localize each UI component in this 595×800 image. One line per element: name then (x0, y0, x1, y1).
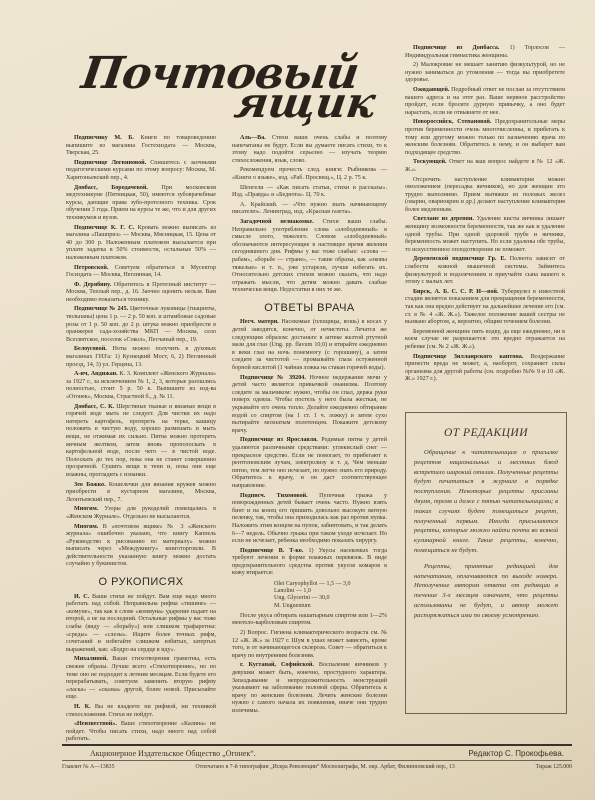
column-left: Подписчику М. Б. Книги по товароведению … (66, 135, 216, 746)
reply-addressee: Подписчице № 39204. (240, 375, 310, 381)
editorial-paragraph: Обращение к читательницам о присылке рец… (414, 448, 558, 556)
reply-addressee: г. Кустанай, Софийской. (240, 662, 319, 668)
reply-entry: Подписчице В. Т-ко. 1) Укусы насекомых т… (232, 548, 387, 578)
reply-addressee: И. С. (74, 594, 92, 600)
reply-entry: Бирск, А. Б. С. С. Р. И—вой. Туберкулез … (405, 289, 565, 327)
reply-text: Воспаление яичников у девушки может быть… (232, 662, 387, 714)
reply-entry: Белоусовой. Ноты можно получить в духовы… (66, 346, 216, 369)
reply-entry: Петровской. Советуем обратиться в Мусект… (66, 265, 216, 280)
reply-addressee: Донбасс, Бородачевой. (74, 185, 161, 191)
reply-addressee: Светлане из деревни. (413, 216, 477, 222)
reply-entry: Рекомендуем прочесть след. книги: Рыбник… (232, 167, 387, 182)
reply-entry: Подписчице Логвиновой. Спишитесь с заочн… (66, 160, 216, 183)
reply-entry: И. С. Ваши стихи не пойдут. Вам еще надо… (66, 594, 216, 655)
reply-addressee: Подписчице № 245. (74, 306, 130, 312)
reply-addressee: Несч. матери. (240, 319, 281, 325)
reply-text: Шерстяные тканые и вязаные вещи в горяче… (66, 404, 216, 478)
medical-replies-list: Подписчице из Донбасса. 1) Торлосов — Ин… (405, 45, 565, 384)
reply-addressee: Н. К. (74, 704, 95, 710)
reply-addressee: Подписчице Зиллаирского кантона. (413, 354, 531, 360)
reply-text: Ночное недержание мочи у детей часто явл… (232, 375, 387, 434)
letters-list: Подписчику М. Б. Книги по товароведению … (66, 135, 216, 569)
masthead-title: Почтовый ящик (70, 48, 410, 126)
reply-entry: Подписчице № 39204. Ночное недержание мо… (232, 375, 387, 436)
magazine-page: Почтовый ящик Подписчику М. Б. Книги по … (0, 0, 595, 800)
column-right: Подписчице из Донбасса. 1) Торлосов — Ин… (405, 45, 565, 386)
reply-entry: Донбасс, С. К. Шерстяные тканые и вязаны… (66, 404, 216, 480)
reply-text: Беременной женщине пить водку, да еще еж… (405, 329, 565, 350)
reply-addressee: Белоусовой. (74, 346, 113, 352)
reply-entry: Подписч. Тихоновой. Пупочная грыжа у нов… (232, 493, 387, 546)
reply-entry: 2) Вопрос. Гигиена климактерического воз… (232, 630, 387, 660)
reply-entry: Новороссийск, Степановой. Предохранитель… (405, 119, 565, 157)
formula-line: Ung. Glycerini — 30,0 (274, 595, 387, 602)
manuscripts-list: И. С. Ваши стихи не пойдут. Вам еще надо… (66, 594, 216, 744)
reply-addressee: Михалиной. (74, 656, 112, 662)
reply-addressee: Новороссийск, Степановой. (413, 119, 495, 125)
doctor-replies-list: Несч. матери. Насекомые (площицы, вошь) … (232, 319, 387, 578)
reply-text: После укуса обтирать нашатырным спиртом … (232, 613, 387, 627)
reply-addressee: Многим. (74, 524, 103, 530)
reply-entry: Многим. Узоры для рукоделий помещались в… (66, 506, 216, 521)
reply-entry: Донбасс, Бородачевой. При московском мед… (66, 185, 216, 223)
reply-text: 2) Вопрос. Гигиена климактерического воз… (232, 630, 387, 659)
reply-addressee: Подписчице из Ярославля. (240, 437, 321, 443)
reply-addressee: Подписчице К. Г. С. (74, 225, 138, 231)
reply-addressee: Подписчику М. Б. (74, 135, 140, 141)
doctor-replies-continued: После укуса обтирать нашатырным спиртом … (232, 613, 387, 716)
reply-entry: А-ич, Андижан. К. 3. Комплект «Женского … (66, 371, 216, 401)
formula-line: Olei Caryophylloi — 1,5 — 3,0 (274, 581, 387, 588)
reply-addressee: Подписч. Тихоновой. (240, 493, 319, 499)
reply-text: Ваши стихи не пойдут. Вам еще надо много… (66, 594, 216, 653)
circulation: Тираж 125.000 (536, 764, 572, 770)
reply-addressee: А-ич, Андижан. (74, 371, 120, 377)
reply-entry: Беременной женщине пить водку, да еще еж… (405, 329, 565, 352)
editorial-heading: ОТ РЕДАКЦИИ (406, 427, 566, 439)
reply-entry: г. Кустанай, Софийской. Воспаление яични… (232, 662, 387, 715)
reply-entry: Подписчице № 245. Цветочные луковицы (ги… (66, 306, 216, 344)
reply-text: 2) Малокровие не мешает занятию физкульт… (405, 62, 565, 83)
reply-entry: Н. К. Вы не владеете ни рифмой, ни техни… (66, 704, 216, 719)
reply-entry: А. Крайский. — «Что нужно знать начинающ… (232, 202, 387, 217)
reply-entry: Шенгели — «Как писать статьи, стихи и ра… (232, 185, 387, 200)
reply-text: Стихи ваши слабы. Неправильно употреблен… (232, 219, 387, 293)
reply-entry: Аль—Ва. Стихи ваши очень слабы и поэтому… (232, 135, 387, 165)
reply-addressee: Аль—Ва. (240, 135, 272, 141)
section-heading-doctor: ОТВЕТЫ ВРАЧА (232, 305, 387, 313)
reply-text: Ваши стихотворения грамотны, есть свежие… (66, 656, 216, 700)
reply-entry: Многим. В «почтовом ящике» № 3 «Женского… (66, 524, 216, 570)
publisher-name: Акционерное Издательское Общество „Огоне… (90, 749, 256, 758)
reply-addressee: Бирск, А. Б. С. С. Р. И—вой. (413, 289, 501, 295)
reply-addressee: Зео Божко. (74, 482, 109, 488)
printer-info: Отпечатано в 7-й типографии „Искра Револ… (195, 764, 454, 770)
reply-addressee: Подписчице Логвиновой. (74, 160, 150, 166)
formula-line: Lanolini — 1,0 (274, 588, 387, 595)
reply-entry: «Неизвестной». Ваше стихотворение «Калин… (66, 721, 216, 744)
reply-entry: Подписчице Зиллаирского кантона. Воздерж… (405, 354, 565, 384)
reply-addressee: Ф. Дерябину. (74, 282, 114, 288)
reply-addressee: Подписчице В. Т-ко. (240, 548, 308, 554)
reply-addressee: Донбасс, С. К. (74, 404, 116, 410)
reply-text: Пупочная грыжа у новорожденных детей быв… (232, 493, 387, 545)
reply-entry: Михалиной. Ваши стихотворения грамотны, … (66, 656, 216, 702)
reply-addressee: Подписчице из Донбасса. (413, 45, 510, 51)
editorial-paragraph: Рецепты, принятые редакцией для напечата… (414, 562, 558, 621)
prescription-formula: Olei Caryophylloi — 1,5 — 3,0Lanolini — … (274, 581, 387, 610)
reply-text: А. Крайский. — «Что нужно знать начинающ… (232, 202, 387, 216)
reply-addressee: «Неизвестной». (74, 721, 121, 727)
reply-entry: 2) Малокровие не мешает занятию физкульт… (405, 62, 565, 85)
glavlit-number: Главлит № А—13835 (62, 764, 114, 770)
reply-text: Насекомые (площицы, вошь) в косах у дете… (232, 319, 387, 371)
section-heading-manuscripts: О РУКОПИСЯХ (66, 579, 216, 587)
reply-addressee: Загадочной незнакомке. (240, 219, 323, 225)
reply-entry: Загадочной незнакомке. Стихи ваши слабы.… (232, 219, 387, 295)
masthead-line2: ящик (232, 78, 379, 127)
editor-name: Редактор С. Прокофьева. (468, 749, 564, 758)
reply-entry: Подписчице из Ярославля. Родимые пятна у… (232, 437, 387, 490)
reply-entry: Светлане из деревни. Удаление кисты яичн… (405, 216, 565, 254)
reply-addressee: Многим. (74, 506, 104, 512)
reply-addressee: Тоскующей. (413, 159, 449, 165)
formula-line: M. Unguentum (274, 603, 387, 610)
reply-text: Рекомендуем прочесть след. книги: Рыбник… (232, 167, 387, 181)
page-footer: Акционерное Издательское Общество „Огоне… (62, 744, 572, 770)
reply-entry: Подписчику М. Б. Книги по товароведению … (66, 135, 216, 158)
poetry-replies-list: Аль—Ва. Стихи ваши очень слабы и поэтому… (232, 135, 387, 295)
reply-entry: Тоскующей. Ответ на ваш вопрос найдете в… (405, 159, 565, 174)
reply-text: Шенгели — «Как писать статьи, стихи и ра… (232, 185, 387, 199)
editorial-note-box: ОТ РЕДАКЦИИ Обращение к читательницам о … (405, 412, 567, 714)
reply-entry: Зео Божко. Кошелечки для вязания кружев … (66, 482, 216, 505)
reply-entry: Отсрочить наступление климактерия можно … (405, 177, 565, 215)
column-middle: Аль—Ва. Стихи ваши очень слабы и поэтому… (232, 135, 387, 718)
reply-text: Отсрочить наступление климактерия можно … (405, 177, 565, 213)
reply-entry: Подписчице из Донбасса. 1) Торлосов — Ин… (405, 45, 565, 60)
reply-text: В «почтовом ящике» № 3 «Женского журнала… (66, 524, 216, 568)
reply-entry: Ф. Дерябину. Обратитесь в Протезный инст… (66, 282, 216, 305)
reply-entry: После укуса обтирать нашатырным спиртом … (232, 613, 387, 628)
reply-addressee: Ожидающей. (413, 87, 451, 93)
reply-entry: Подписчице К. Г. С. Кровать можно выписа… (66, 225, 216, 263)
reply-entry: Несч. матери. Насекомые (площицы, вошь) … (232, 319, 387, 372)
reply-addressee: Петровской. (74, 265, 115, 271)
reply-entry: Деревенской подписчице Гр. Е. Полнота за… (405, 256, 565, 286)
reply-addressee: Деревенской подписчице Гр. Е. (413, 256, 510, 262)
reply-entry: Ожидающей. Подробный ответ не послан за … (405, 87, 565, 117)
reply-text: Родимые пятна у детей удаляются различны… (232, 437, 387, 489)
